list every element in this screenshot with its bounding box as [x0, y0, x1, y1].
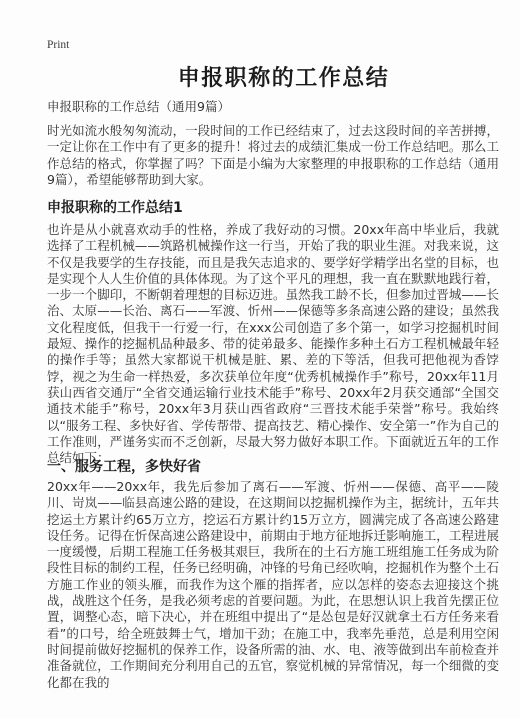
print-link[interactable]: Print [47, 39, 69, 51]
section-heading-2: 一、服务工程，多快好省 [47, 456, 201, 476]
document-page: Print 申报职称的工作总结 申报职称的工作总结（通用9篇） 时光如流水般匆匆… [0, 0, 520, 718]
page-title: 申报职称的工作总结 [47, 61, 520, 92]
section-1-paragraph: 也许是从小就喜欢动手的性格，养成了我好动的习惯。20xx年高中毕业后，我就选择了… [47, 222, 499, 466]
intro-paragraph: 时光如流水般匆匆流动，一段时间的工作已经结束了，过去这段时间的辛苦拼搏，一定让你… [47, 123, 499, 188]
section-2-paragraph: 20xx年——20xx年，我先后参加了离石——军渡、忻州——保德、高平——陵川、… [47, 479, 499, 691]
document-subtitle: 申报职称的工作总结（通用9篇） [47, 97, 230, 115]
section-heading-1: 申报职称的工作总结1 [47, 197, 183, 217]
